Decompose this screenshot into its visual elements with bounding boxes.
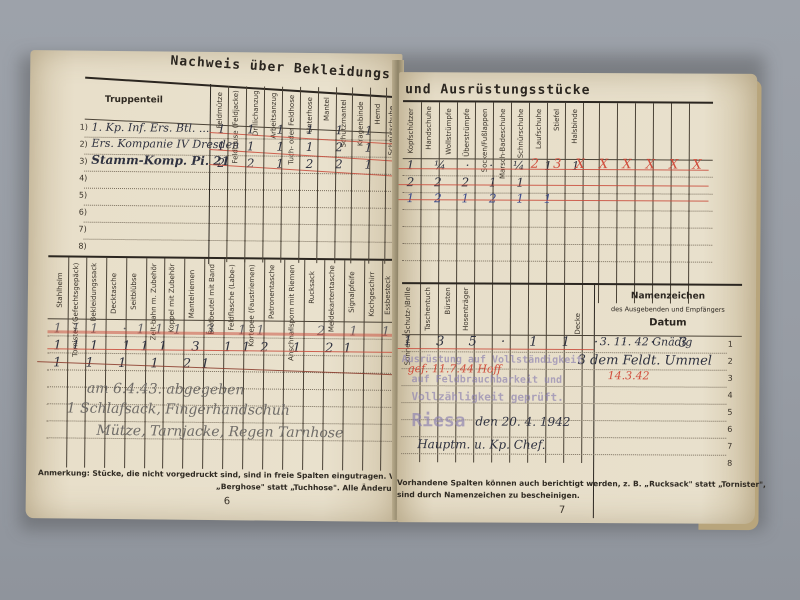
signature-header-date: Datum [598, 317, 738, 329]
sig-row-6: 6 [727, 425, 732, 434]
row-number-6: 6) [79, 208, 87, 217]
unit-entry-3: Stamm-Komp. Pi. 21 [91, 153, 230, 168]
row-number-3: 3) [79, 157, 87, 166]
signature-entry-1: 3. 11. 42 Gnädig [600, 335, 693, 348]
title-rule [403, 100, 713, 104]
row-number-2: 2) [79, 140, 87, 149]
right-col-header-9: Stiefel [553, 109, 561, 131]
section-divider [402, 282, 742, 286]
bottom-col-header-16: Signalpfeife [348, 271, 356, 313]
row-rule [402, 209, 712, 212]
col-header-10: Hemd [374, 104, 382, 125]
col-line [334, 87, 337, 263]
row-number-1: 1) [80, 123, 88, 132]
col-line [688, 104, 690, 304]
col-line [380, 261, 383, 471]
pencil-note-2: 1 Schlafsack, Fingerhandschuh [67, 400, 290, 418]
bottom-values-row-2: 111 111 3 112 1 21 [53, 338, 361, 356]
row-number-5: 5) [79, 191, 87, 200]
right-bottom-col-3: Bürsten [444, 287, 452, 314]
col-header-7: Mantel [323, 97, 331, 121]
col-line [350, 87, 353, 263]
sig-row-1: 1 [728, 340, 733, 349]
bottom-col-header-17: Kochgeschirr [368, 272, 376, 317]
bottom-col-header-18: Essbesteck [384, 276, 392, 315]
col-line [670, 103, 672, 303]
sig-row-3: 3 [728, 374, 733, 383]
stamp-line-2: auf Feldbrauchbarkeit und [412, 374, 563, 386]
pencil-note-1: am 6.4.43. abgegeben [87, 381, 245, 399]
right-col-header-10: Halsbinde [571, 109, 579, 144]
stamp-place: Riesa [411, 410, 465, 431]
signature-header-title: Namenzeichen [598, 291, 738, 302]
right-col-header-7: Schnürschuhe [517, 109, 525, 159]
bottom-col-header-5: Seitblübse [130, 273, 138, 310]
commander-signature: Hauptm. u. Kp. Chef. [417, 437, 545, 452]
right-page-title: und Ausrüstungsstücke [405, 82, 590, 98]
col-line [362, 261, 365, 471]
col-line [616, 103, 618, 303]
col-line [316, 87, 319, 263]
footnote-right-line-2: sind durch Namenzeichen zu bescheinigen. [397, 490, 580, 500]
bottom-col-header-4: Decktasche [110, 273, 118, 314]
stamp-line-3: Vollzähligkeit geprüft. [411, 390, 563, 404]
row-number-7: 7) [79, 225, 87, 234]
footnote-left-line-1: Anmerkung: Stücke, die nicht vorgedruckt… [38, 468, 403, 481]
bottom-col-header-1: Stahlhelm [56, 272, 64, 307]
row-rule [402, 260, 712, 263]
right-col-header-4: Überstrümpfe [463, 108, 471, 157]
sig-row-8: 8 [727, 459, 732, 468]
right-bottom-col-blanket: Decke [574, 313, 582, 335]
col-line [244, 86, 247, 262]
right-bottom-col-4: Hosenträger [462, 287, 470, 331]
right-top-values-row-2: 2 2 2 1 1 [407, 175, 533, 190]
pencil-note-3: Mütze, Tarnjacke, Regen Tarnhose [96, 423, 343, 442]
col-line [280, 87, 283, 263]
sig-row-5: 5 [727, 408, 732, 417]
right-bottom-col-2: Taschentuch [424, 287, 432, 331]
right-page: und Ausrüstungsstücke Kopfschützer Hands… [397, 72, 757, 524]
col-line [226, 86, 229, 262]
row-rule [402, 243, 712, 246]
col-line [652, 103, 654, 303]
stamp-date: den 20. 4. 1942 [475, 414, 570, 428]
right-col-header-8: Laufschuhe [535, 109, 543, 149]
signature-entry-3: 14.3.42 [608, 369, 650, 382]
signature-entry-2: 3 dem Feldt. Ummel [578, 353, 712, 369]
right-col-header-1: Kopfschützer [407, 108, 415, 153]
unit-entry-1: 1. Kp. Inf. Ers. Btl. ... [92, 121, 210, 135]
signature-header-subtitle: des Ausgebenden und Empfängers [592, 305, 744, 314]
col-line [634, 103, 636, 303]
bottom-col-header-12: Patronentasche [268, 265, 277, 319]
col-line [298, 87, 301, 263]
sig-row-4: 4 [727, 391, 732, 400]
left-page: Nachweis über Bekleidungs- Truppenteil F… [26, 50, 403, 522]
strike-line [398, 348, 594, 350]
page-number-right: 7 [559, 505, 565, 516]
unit-column-header: Truppenteil [105, 95, 163, 106]
row-number-4: 4) [79, 174, 87, 183]
col-line [262, 87, 265, 263]
row-number-8: 8) [78, 242, 86, 251]
bottom-col-header-14: Rucksack [308, 271, 316, 304]
unit-column-divider [208, 84, 211, 264]
col-line [598, 103, 600, 303]
col-line [368, 88, 371, 264]
row-rule [402, 226, 712, 229]
sig-row-7: 7 [727, 442, 732, 451]
right-col-header-2: Handschuhe [425, 106, 433, 150]
bottom-col-header-8: Mantelriemen [188, 270, 197, 319]
left-page-title: Nachweis über Bekleidungs- [170, 54, 400, 83]
right-col-header-3: Wollstrümpfe [445, 108, 453, 154]
bottom-col-header-3: Bekleidungssack [90, 263, 99, 322]
footnote-right-line-1: Vorhandene Spalten können auch berichtig… [397, 478, 766, 489]
page-number-left: 6 [224, 496, 230, 507]
sig-row-2: 2 [728, 357, 733, 366]
